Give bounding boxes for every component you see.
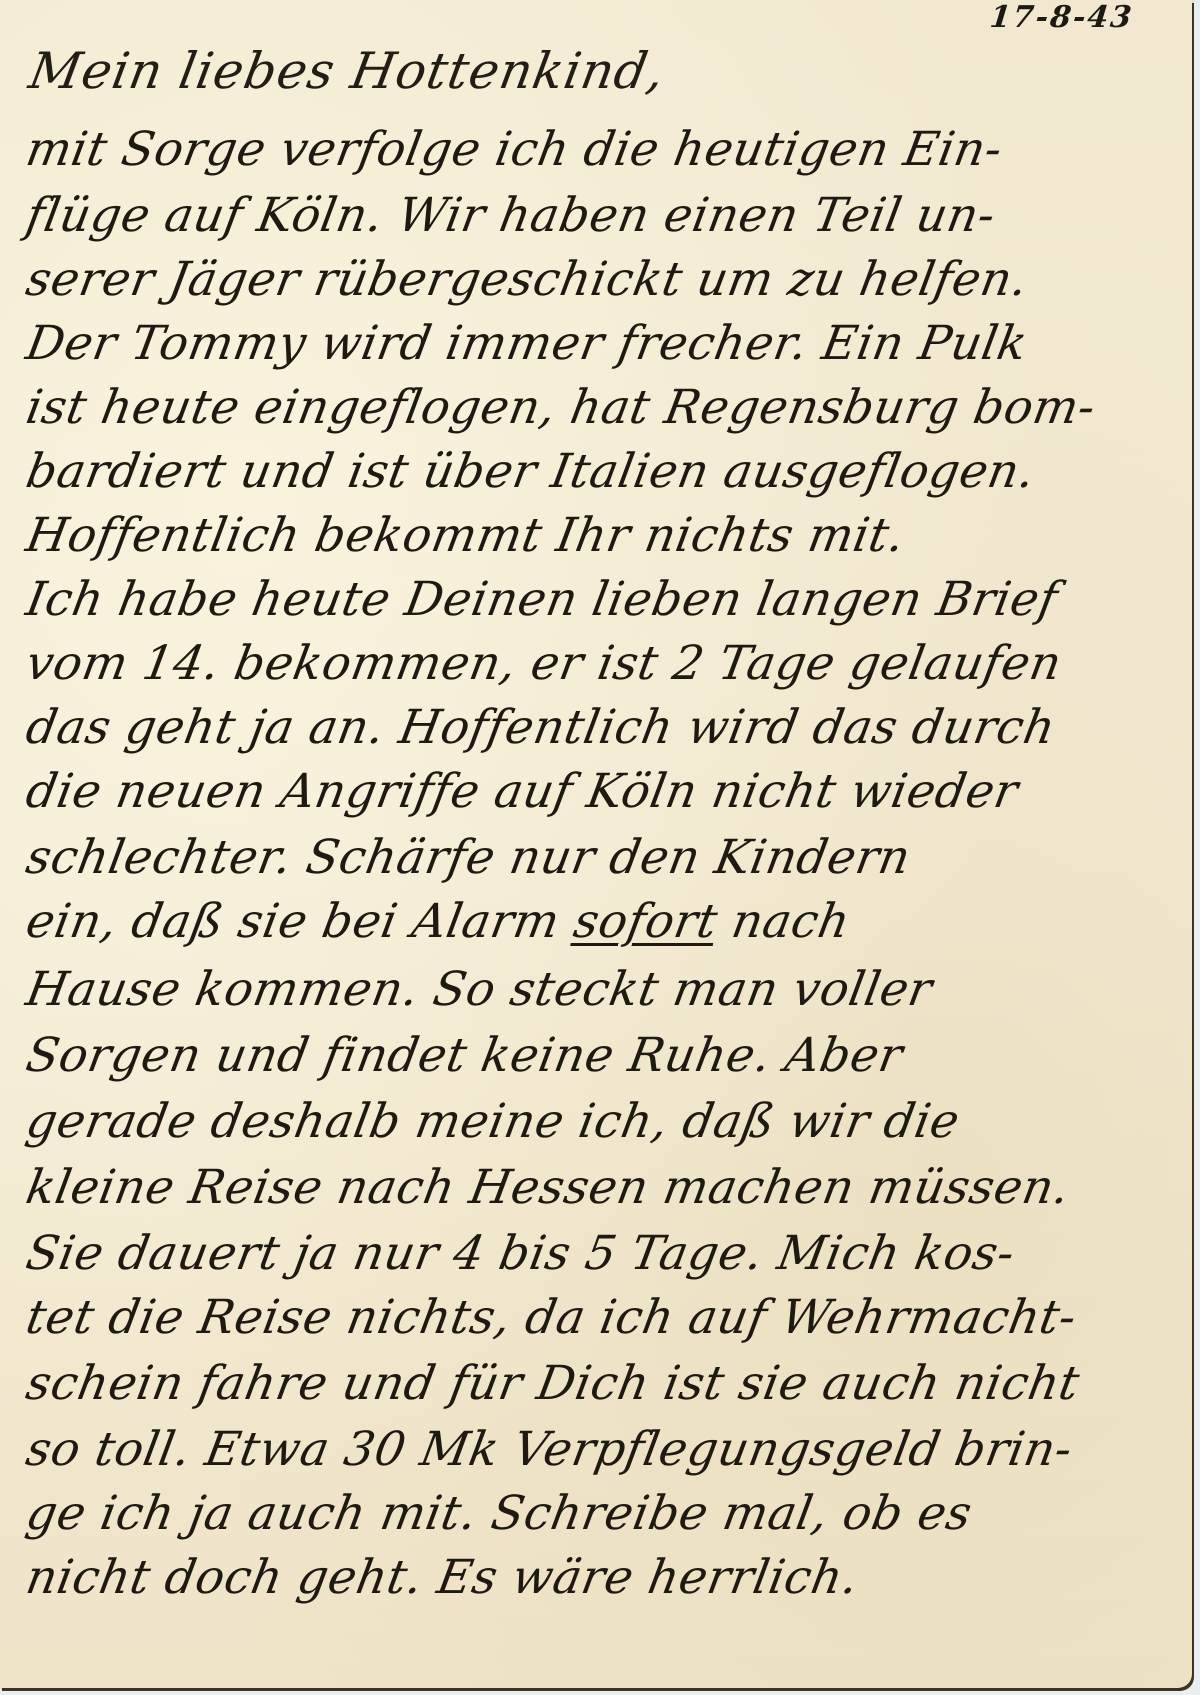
letter-line: so toll. Etwa 30 Mk Verpflegungsgeld bri… [22,1422,1077,1477]
letter-line: Sorgen und findet keine Ruhe. Aber [22,1028,907,1083]
letter-line: mit Sorge verfolge ich die heutigen Ein- [22,122,1007,177]
letter-line: flüge auf Köln. Wir haben einen Teil un- [22,188,1000,243]
letter-line: bardiert und ist über Italien ausgefloge… [22,444,1039,499]
letter-page: 17-8-43 Mein liebes Hottenkind, mit Sorg… [0,0,1192,1688]
letter-line: kleine Reise nach Hessen machen müssen. [22,1160,1074,1215]
letter-line: ist heute eingeflogen, hat Regensburg bo… [22,380,1100,435]
letter-line: Hause kommen. So steckt man voller [22,962,937,1017]
letter-line-text: ein, daß sie bei Alarm sofort nach [22,894,854,949]
letter-salutation: Mein liebes Hottenkind, [25,42,670,100]
underlined-word: sofort [570,894,722,949]
letter-line: nicht doch geht. Es wäre herrlich. [22,1550,863,1605]
letter-line: vom 14. bekommen, er ist 2 Tage gelaufen [22,636,1066,691]
letter-line: die neuen Angriffe auf Köln nicht wieder [22,764,1022,819]
letter-line: das geht ja an. Hoffentlich wird das dur… [22,700,1060,755]
letter-line: gerade deshalb meine ich, daß wir die [22,1094,964,1149]
letter-line: schlechter. Schärfe nur den Kindern [22,830,915,885]
letter-line: Hoffentlich bekommt Ihr nichts mit. [22,508,909,563]
letter-line: Der Tommy wird immer frecher. Ein Pulk [22,316,1032,371]
letter-line: schein fahre und für Dich ist sie auch n… [22,1356,1084,1411]
letter-line: Ich habe heute Deinen lieben langen Brie… [22,572,1062,627]
letter-date: 17-8-43 [988,0,1135,35]
letter-line: serer Jäger rübergeschickt um zu helfen. [22,252,1032,307]
letter-line: ge ich ja auch mit. Schreibe mal, ob es [22,1486,976,1541]
letter-line-with-underline: ein, daß sie bei Alarm sofort nach [22,894,854,949]
letter-line: Sie dauert ja nur 4 bis 5 Tage. Mich kos… [22,1226,1019,1281]
letter-line: tet die Reise nichts, da ich auf Wehrmac… [22,1290,1081,1345]
